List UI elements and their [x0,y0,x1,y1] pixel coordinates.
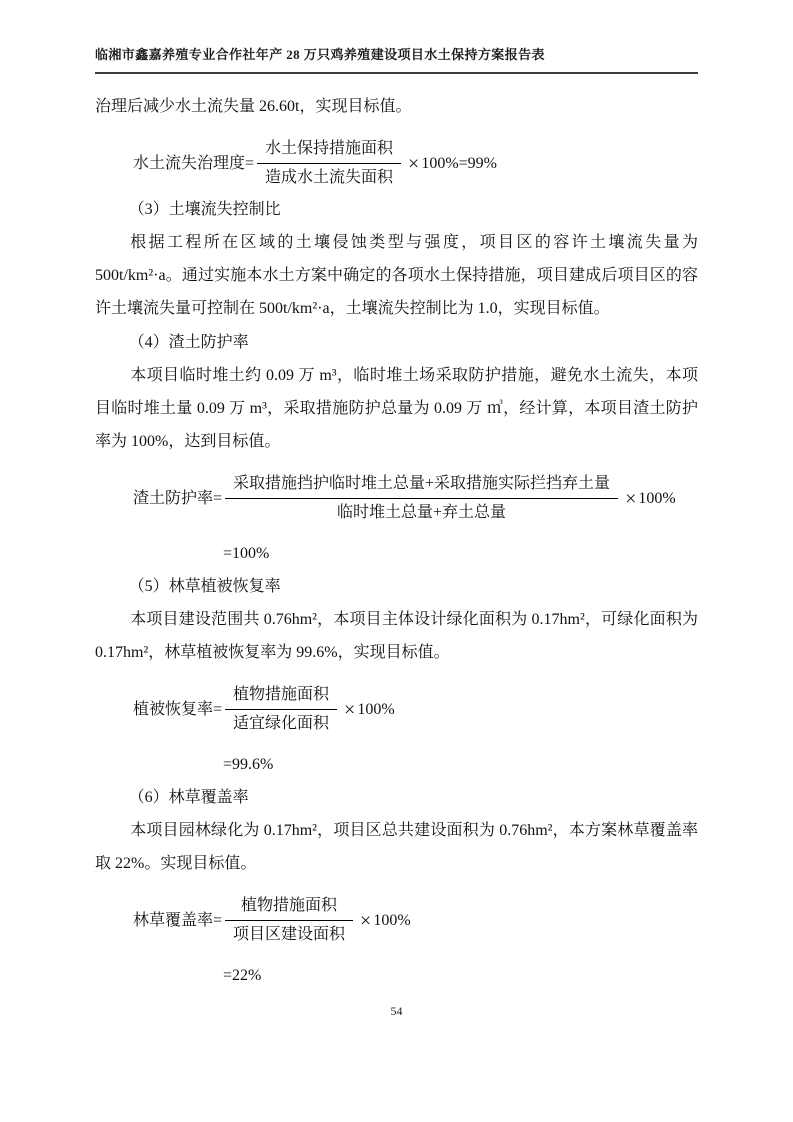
fraction-denominator: 造成水土流失面积 [257,164,401,191]
formula-lhs: 水土流失治理度= [133,154,254,174]
multiply-sign: × [408,154,419,174]
formula-rhs: 100%=99% [421,154,497,174]
formula-lhs: 林草覆盖率= [133,911,222,931]
section-heading-6: （6）林草覆盖率 [95,781,698,814]
formula-rhs: 100% [373,911,410,931]
section-heading-3: （3）土壤流失控制比 [95,193,698,226]
paragraph-section-4: 本项目临时堆土约 0.09 万 m³，临时堆土场采取防护措施，避免水土流失，本项… [95,359,698,458]
document-body: 治理后减少水土流失量 26.60t，实现目标值。 水土流失治理度= 水土保持措施… [95,74,698,987]
document-page: 临湘市鑫嘉养殖专业合作社年产 28 万只鸡养殖建设项目水土保持方案报告表 治理后… [0,0,793,1122]
multiply-sign: × [625,489,636,509]
page-number: 54 [391,1004,403,1018]
formula-spoil-protection-rate: 渣土防护率= 采取措施挡护临时堆土总量+采取措施实际拦挡弃土量 临时堆土总量+弃… [133,471,698,526]
page-header: 临湘市鑫嘉养殖专业合作社年产 28 万只鸡养殖建设项目水土保持方案报告表 [95,44,698,74]
formula-result: =22% [223,965,698,987]
fraction-numerator: 水土保持措施面积 [257,136,401,164]
multiply-sign: × [344,700,355,720]
formula-rhs: 100% [357,700,394,720]
formula-result: =99.6% [223,754,698,776]
fraction-numerator: 采取措施挡护临时堆土总量+采取措施实际拦挡弃土量 [225,471,618,499]
paragraph-section-5: 本项目建设范围共 0.76hm²，本项目主体设计绿化面积为 0.17hm²，可绿… [95,603,698,669]
formula-result: =100% [223,543,698,565]
paragraph-section-3: 根据工程所在区域的土壤侵蚀类型与强度，项目区的容许土壤流失量为 500t/km²… [95,226,698,325]
fraction: 采取措施挡护临时堆土总量+采取措施实际拦挡弃土量 临时堆土总量+弃土总量 [225,471,618,526]
fraction-numerator: 植物措施面积 [225,682,337,710]
formula-lhs: 渣土防护率= [133,489,222,509]
formula-vegetation-restoration-rate: 植被恢复率= 植物措施面积 适宜绿化面积 × 100% [133,682,698,737]
fraction-denominator: 项目区建设面积 [225,921,353,948]
fraction: 植物措施面积 项目区建设面积 [225,893,353,948]
fraction-denominator: 临时堆土总量+弃土总量 [225,499,618,526]
fraction: 水土保持措施面积 造成水土流失面积 [257,136,401,191]
paragraph-section-6: 本项目园林绿化为 0.17hm²，项目区总共建设面积为 0.76hm²，本方案林… [95,814,698,880]
page-footer: 54 [0,1004,793,1019]
formula-rhs: 100% [638,489,675,509]
section-heading-5: （5）林草植被恢复率 [95,570,698,603]
section-heading-4: （4）渣土防护率 [95,326,698,359]
header-title: 临湘市鑫嘉养殖专业合作社年产 28 万只鸡养殖建设项目水土保持方案报告表 [95,44,698,63]
formula-forest-grass-coverage-rate: 林草覆盖率= 植物措施面积 项目区建设面积 × 100% [133,893,698,948]
fraction: 植物措施面积 适宜绿化面积 [225,682,337,737]
fraction-numerator: 植物措施面积 [225,893,353,921]
formula-soil-loss-treatment-degree: 水土流失治理度= 水土保持措施面积 造成水土流失面积 × 100%=99% [133,136,698,191]
formula-lhs: 植被恢复率= [133,700,222,720]
paragraph-intro: 治理后减少水土流失量 26.60t，实现目标值。 [95,90,698,123]
multiply-sign: × [360,911,371,931]
fraction-denominator: 适宜绿化面积 [225,710,337,737]
